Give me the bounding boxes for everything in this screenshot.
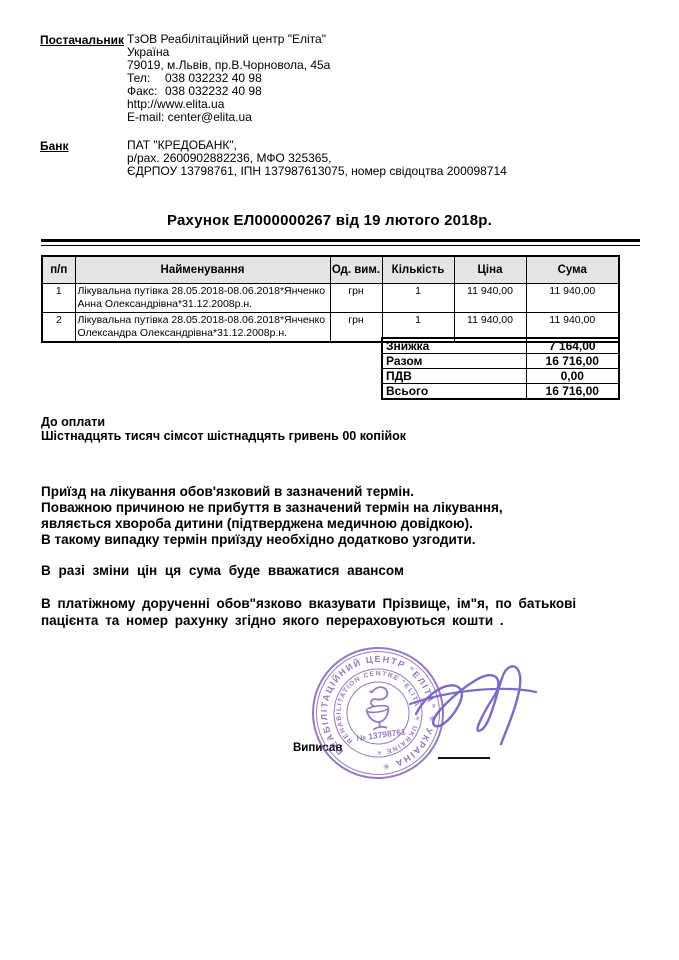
stamp-number: № 13798761 bbox=[356, 726, 407, 743]
supplier-label: Постачальник bbox=[40, 33, 124, 47]
row-name: Лікувальна путівка 28.05.2018-08.06.2018… bbox=[75, 284, 330, 313]
vat-value: 0,00 bbox=[526, 369, 619, 384]
note-payment-2: пацієнта та номер рахунку згідно якого п… bbox=[41, 613, 504, 629]
totals-table: Знижка 7 164,00 Разом 16 716,00 ПДВ 0,00… bbox=[381, 337, 620, 400]
invoice-title: Рахунок ЕЛ000000267 від 19 лютого 2018р. bbox=[41, 212, 618, 229]
col-header-sum: Сума bbox=[526, 256, 619, 284]
note-payment-1: В платіжному дорученні обов"язково вказу… bbox=[41, 596, 576, 612]
fax-value: 038 032232 40 98 bbox=[165, 84, 262, 98]
items-header-row: п/п Найменування Од. вим. Кількість Ціна… bbox=[42, 256, 619, 284]
row-qty: 1 bbox=[382, 284, 454, 313]
note-advance: В разі зміни цін ця сума буде вважатися … bbox=[41, 563, 404, 579]
totals-row-subtotal: Разом 16 716,00 bbox=[382, 354, 619, 369]
stamp-outer-ring-text: РЕАБІЛІТАЦІЙНИЙ ЦЕНТР "ЕЛІТА" ✳ УКРАЇНА … bbox=[311, 646, 445, 779]
supplier-email: E-mail: center@elita.ua bbox=[127, 111, 252, 124]
row-sum: 11 940,00 bbox=[526, 284, 619, 313]
note-arrival-2: Поважною причиною не прибуття в зазначен… bbox=[41, 500, 503, 516]
row-num: 1 bbox=[42, 284, 75, 313]
col-header-price: Ціна bbox=[454, 256, 526, 284]
row-unit: грн bbox=[330, 313, 382, 343]
total-label: Всього bbox=[382, 384, 526, 400]
note-arrival-4: В такому випадку термін приїзду необхідн… bbox=[41, 532, 475, 548]
hygieia-bowl-icon bbox=[364, 686, 393, 730]
total-value: 16 716,00 bbox=[526, 384, 619, 400]
subtotal-label: Разом bbox=[382, 354, 526, 369]
totals-row-vat: ПДВ 0,00 bbox=[382, 369, 619, 384]
col-header-qty: Кількість bbox=[382, 256, 454, 284]
note-arrival-1: Приїзд на лікування обов'язковий в зазна… bbox=[41, 484, 414, 500]
table-row: 1 Лікувальна путівка 28.05.2018-08.06.20… bbox=[42, 284, 619, 313]
totals-row-total: Всього 16 716,00 bbox=[382, 384, 619, 400]
vat-label: ПДВ bbox=[382, 369, 526, 384]
stamp-artwork: РЕАБІЛІТАЦІЙНИЙ ЦЕНТР "ЕЛІТА" ✳ УКРАЇНА … bbox=[305, 640, 452, 787]
amount-in-words: Шістнадцять тисяч сімсот шістнадцять гри… bbox=[41, 430, 406, 444]
row-name: Лікувальна путівка 28.05.2018-08.06.2018… bbox=[75, 313, 330, 343]
note-arrival-3: являється хвороба дитини (підтверджена м… bbox=[41, 516, 473, 532]
col-header-unit: Од. вим. bbox=[330, 256, 382, 284]
bank-label: Банк bbox=[40, 139, 69, 153]
discount-value: 7 164,00 bbox=[526, 338, 619, 354]
title-rule-thin bbox=[41, 245, 640, 246]
amount-due-label: До оплати bbox=[41, 416, 105, 430]
title-rule-thick bbox=[41, 239, 640, 242]
row-num: 2 bbox=[42, 313, 75, 343]
subtotal-value: 16 716,00 bbox=[526, 354, 619, 369]
items-table: п/п Найменування Од. вим. Кількість Ціна… bbox=[41, 255, 620, 343]
col-header-name: Найменування bbox=[75, 256, 330, 284]
totals-row-discount: Знижка 7 164,00 bbox=[382, 338, 619, 354]
phone-value: 038 032232 40 98 bbox=[165, 71, 262, 85]
row-price: 11 940,00 bbox=[454, 284, 526, 313]
col-header-num: п/п bbox=[42, 256, 75, 284]
company-stamp: РЕАБІЛІТАЦІЙНИЙ ЦЕНТР "ЕЛІТА" ✳ УКРАЇНА … bbox=[311, 646, 445, 780]
row-unit: грн bbox=[330, 284, 382, 313]
bank-codes: ЄДРПОУ 13798761, ІПН 137987613075, номер… bbox=[127, 165, 507, 178]
stamp-inner-ring-text: REHABILITATION CENTRE "ELITA" ✳ UKRAINE … bbox=[330, 665, 426, 761]
discount-label: Знижка bbox=[382, 338, 526, 354]
